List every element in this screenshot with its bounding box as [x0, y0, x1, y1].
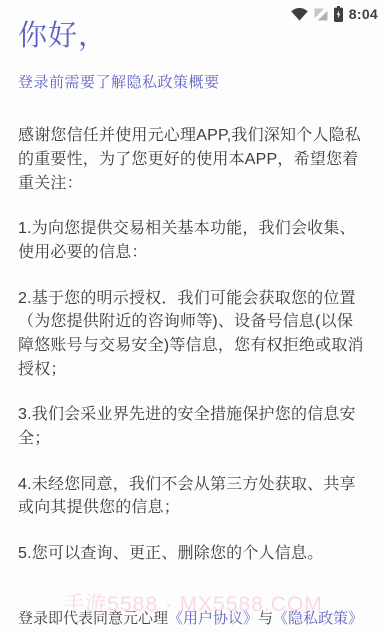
privacy-item-1: 1.为向您提供交易相关基本功能，我们会收集、使用必要的信息： — [18, 217, 368, 264]
privacy-summary: 感谢您信任并使用元心理APP,我们深知个人隐私的重要性，为了您更好的使用本APP… — [0, 124, 386, 565]
privacy-overview-screen: 8:04 你好， 登录前需要了解隐私政策概要 感谢您信任并使用元心理APP,我们… — [0, 0, 386, 632]
battery-charging-icon — [334, 6, 343, 22]
agreement-footer: 登录即代表同意元心理《用户协议》与《隐私政策》 — [18, 607, 368, 628]
privacy-item-4: 4.未经您同意，我们不会从第三方处获取、共享或向其提供您的信息； — [18, 473, 368, 520]
status-time: 8:04 — [349, 6, 378, 22]
status-bar: 8:04 — [0, 0, 386, 24]
agreement-prefix: 登录即代表同意元心理 — [18, 610, 168, 627]
privacy-intro: 感谢您信任并使用元心理APP,我们深知个人隐私的重要性，为了您更好的使用本APP… — [18, 124, 368, 195]
user-agreement-link[interactable]: 《用户协议》 — [168, 610, 258, 627]
no-signal-icon — [314, 8, 328, 21]
agreement-conjunction: 与 — [258, 610, 273, 627]
privacy-item-2: 2.基于您的明示授权．我们可能会获取您的位置（为您提供附近的咨询师等)、设备号信… — [18, 287, 368, 382]
privacy-policy-link[interactable]: 《隐私政策》 — [273, 610, 363, 627]
privacy-subtitle: 登录前需要了解隐私政策概要 — [18, 71, 368, 92]
privacy-item-3: 3.我们会采业界先进的安全措施保护您的信息安全； — [18, 403, 368, 450]
greeting-title: 你好， — [18, 20, 368, 53]
wifi-icon — [291, 8, 308, 21]
privacy-item-5: 5.您可以查询、更正、删除您的个人信息。 — [18, 542, 368, 566]
